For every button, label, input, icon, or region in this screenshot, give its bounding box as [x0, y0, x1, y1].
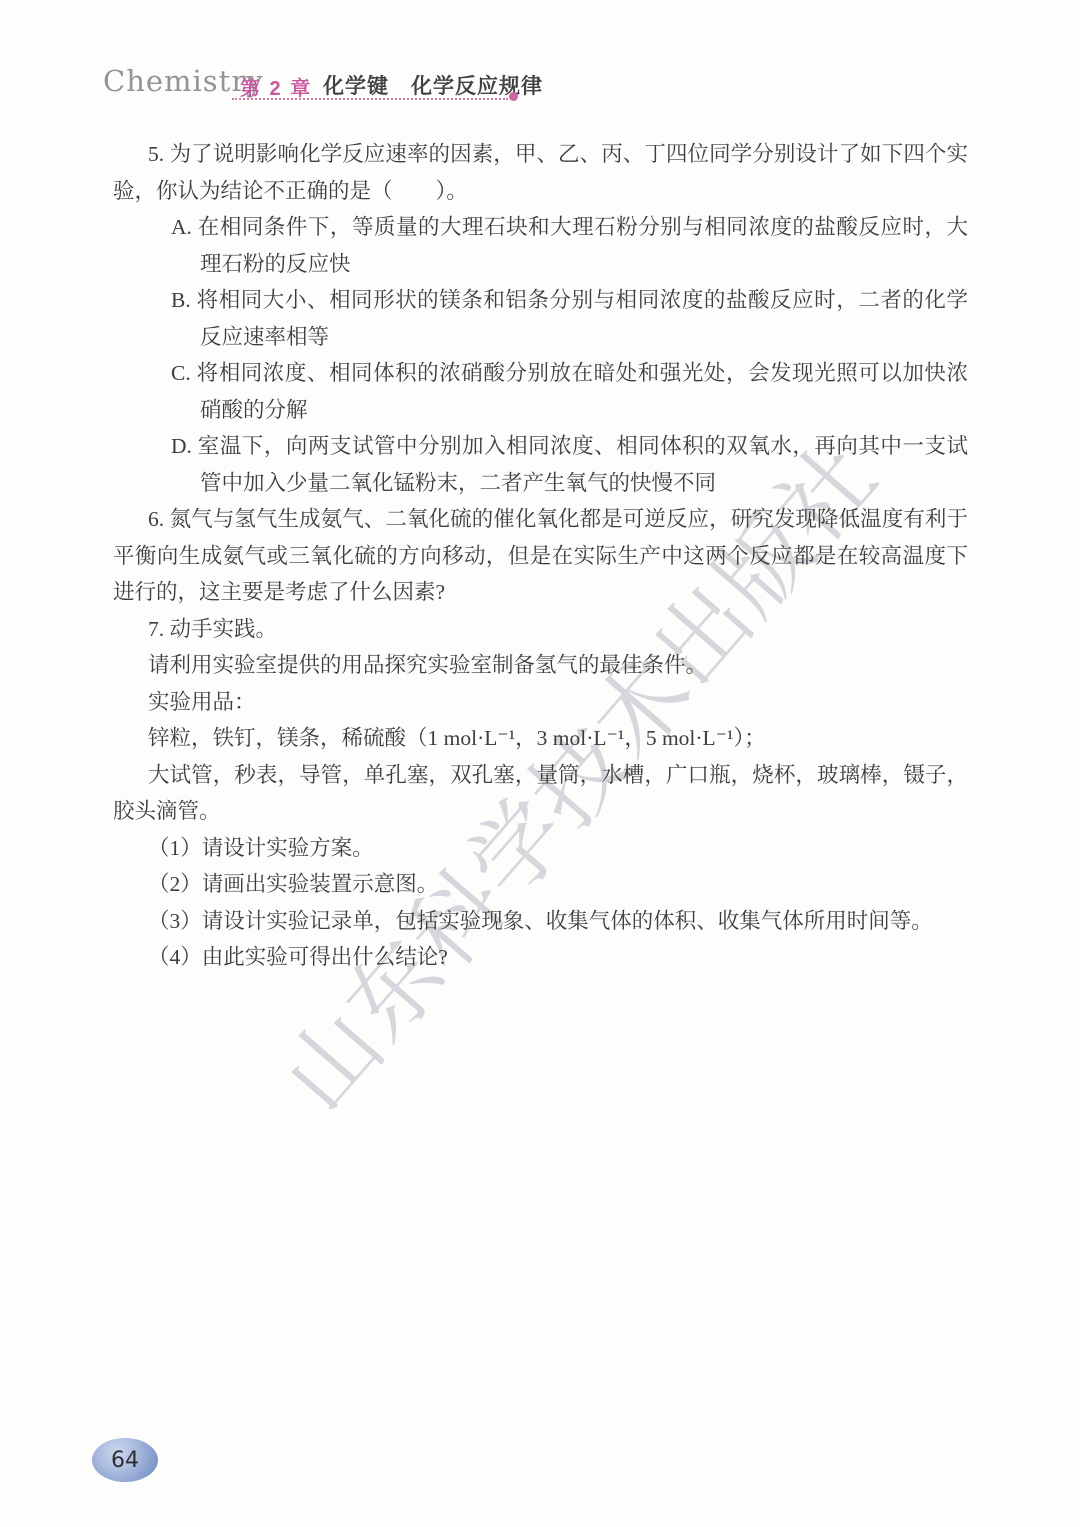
exercise-content: 5. 为了说明影响化学反应速率的因素，甲、乙、丙、丁四位同学分别设计了如下四个实…: [113, 136, 968, 976]
question-7-intro: 请利用实验室提供的用品探究实验室制备氢气的最佳条件。: [113, 647, 968, 684]
page-number-badge: 64: [92, 1438, 158, 1482]
question-7-task-1: （1）请设计实验方案。: [113, 830, 968, 867]
question-7-apparatus: 大试管，秒表，导管，单孔塞，双孔塞，量筒，水槽，广口瓶，烧杯，玻璃棒，镊子，胶头…: [113, 757, 968, 830]
question-7-task-2: （2）请画出实验装置示意图。: [113, 866, 968, 903]
question-7-task-3: （3）请设计实验记录单，包括实验现象、收集气体的体积、收集气体所用时间等。: [113, 903, 968, 940]
question-5-option-c: C. 将相同浓度、相同体积的浓硝酸分别放在暗处和强光处，会发现光照可以加快浓硝酸…: [113, 355, 968, 428]
question-6: 6. 氮气与氢气生成氨气、二氧化硫的催化氧化都是可逆反应，研究发现降低温度有利于…: [113, 501, 968, 611]
question-7-reagents: 锌粒，铁钉，镁条，稀硫酸（1 mol·L⁻¹，3 mol·L⁻¹，5 mol·L…: [113, 720, 968, 757]
question-5-option-d: D. 室温下，向两支试管中分别加入相同浓度、相同体积的双氧水，再向其中一支试管中…: [113, 428, 968, 501]
question-7-supplies-label: 实验用品：: [113, 684, 968, 721]
header-dotted-rule: [232, 98, 508, 100]
question-7-task-4: （4）由此实验可得出什么结论?: [113, 939, 968, 976]
textbook-page: Chemistry 第 2 章 化学键 化学反应规律 山东科学技术出版社 5. …: [0, 0, 1080, 1527]
chapter-number-label: 第 2 章: [240, 72, 312, 101]
question-7-title: 7. 动手实践。: [113, 611, 968, 648]
page-number: 64: [111, 1448, 139, 1473]
question-5-stem: 5. 为了说明影响化学反应速率的因素，甲、乙、丙、丁四位同学分别设计了如下四个实…: [113, 136, 968, 209]
question-5-option-a: A. 在相同条件下，等质量的大理石块和大理石粉分别与相同浓度的盐酸反应时，大理石…: [113, 209, 968, 282]
header-rule-end-dot: [509, 92, 518, 101]
question-5-option-b: B. 将相同大小、相同形状的镁条和铝条分别与相同浓度的盐酸反应时，二者的化学反应…: [113, 282, 968, 355]
